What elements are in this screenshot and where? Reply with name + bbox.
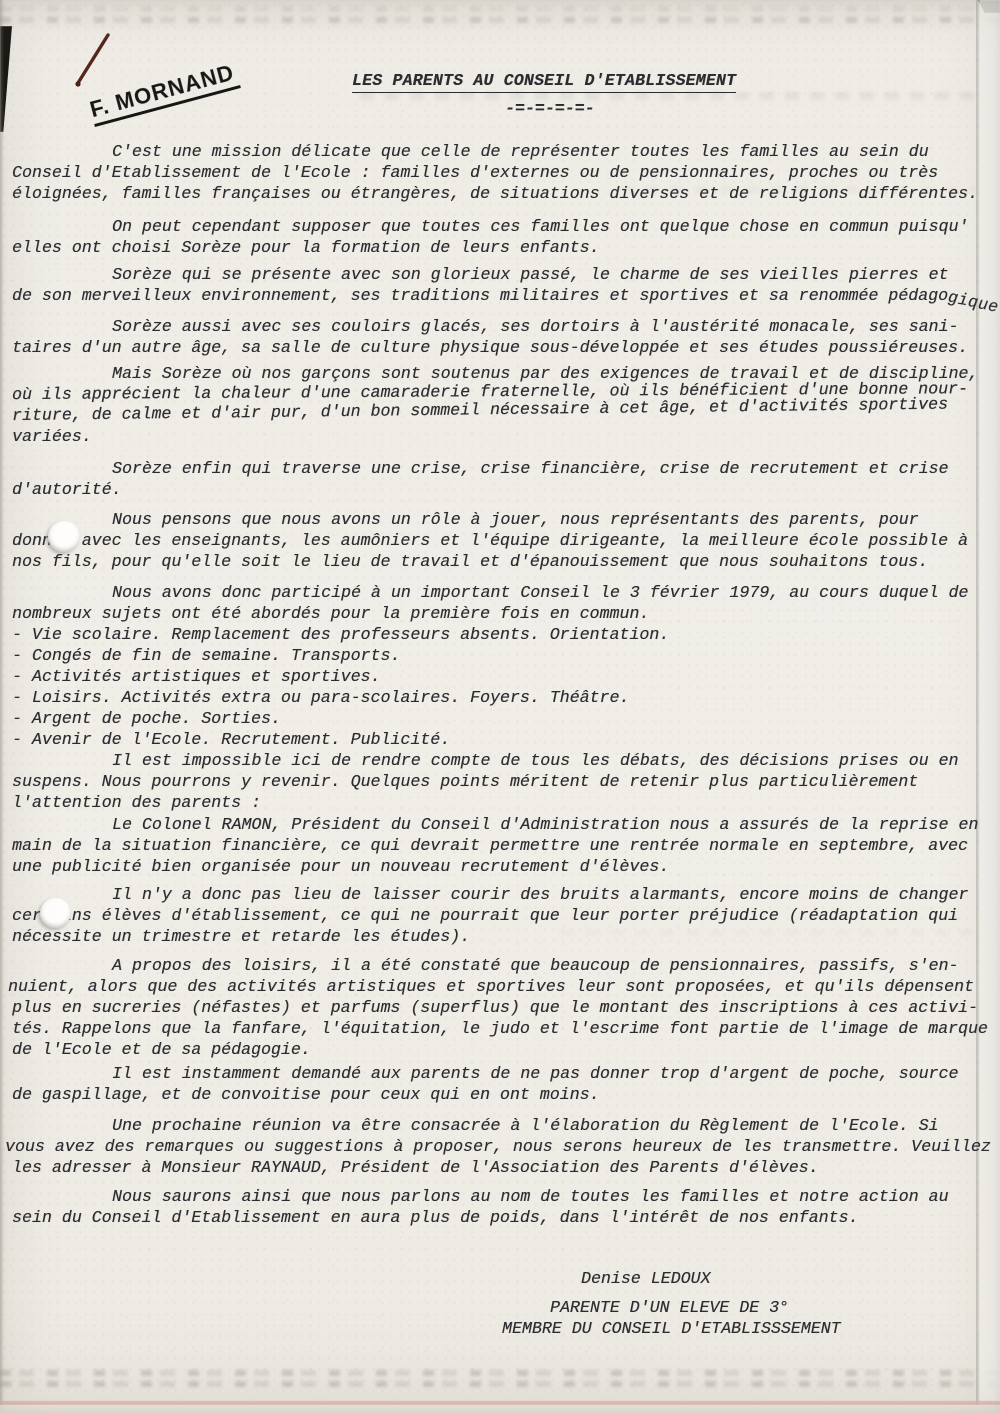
paragraph: Sorèze qui se présente avec son glorieux…: [12, 264, 1000, 306]
text-line: - Activités artistiques et sportives.: [12, 666, 1000, 687]
paragraph: Mais Sorèze où nos garçons sont soutenus…: [12, 363, 1000, 447]
text-line: de l'Ecole et de sa pédagogie.: [12, 1039, 1000, 1060]
text-line: C'est une mission délicate que celle de …: [12, 141, 1000, 162]
paragraphs: C'est une mission délicate que celle de …: [12, 141, 1000, 1228]
paragraph: Une prochaine réunion va être consacrée …: [12, 1115, 1000, 1178]
paragraph: Nous pensons que nous avons un rôle à jo…: [12, 509, 1000, 572]
text-line: de son merveilleux environnement, ses tr…: [12, 285, 1000, 306]
text-line: une publicité bien organisée pour un nou…: [12, 856, 1000, 877]
paragraph: Il est impossible ici de rendre compte d…: [12, 750, 1000, 813]
paragraph: Nous avons donc participé à un important…: [12, 582, 1000, 624]
scanned-letter-page: F. MORNAND LES PARENTS AU CONSEIL D'ETAB…: [0, 0, 1000, 1413]
paragraph: Il est instamment demandé aux parents de…: [12, 1063, 1000, 1105]
text-line: On peut cependant supposer que toutes ce…: [12, 216, 1000, 237]
text-line: l'attention des parents :: [12, 792, 1000, 813]
text-line: de gaspillage, et de convoitise pour ceu…: [12, 1084, 1000, 1105]
text-line: Sorèze aussi avec ses couloirs glacés, s…: [12, 316, 1000, 337]
text-line: Nous pensons que nous avons un rôle à jo…: [12, 509, 1000, 530]
signature-role-1: PARENTE D'UN ELEVE DE 3°: [12, 1297, 1000, 1318]
text-line: - Argent de poche. Sorties.: [12, 708, 1000, 729]
text-line: donner avec les enseignants, les aumônie…: [12, 530, 1000, 551]
topics-list: - Vie scolaire. Remplacement des profess…: [12, 624, 1000, 750]
scan-smudge-bottom: [0, 1370, 1000, 1392]
text-line: Il est impossible ici de rendre compte d…: [12, 750, 1000, 771]
hole-punch-bottom: [40, 898, 71, 928]
paragraph: On peut cependant supposer que toutes ce…: [12, 216, 1000, 258]
bottom-paper-edge: [0, 1405, 1000, 1413]
text-line: A propos des loisirs, il a été constaté …: [12, 955, 1000, 976]
signature-role-2: MEMBRE DU CONSEIL D'ETABLISSSEMENT: [12, 1318, 1000, 1339]
text-line: elles ont choisi Sorèze pour la formatio…: [12, 237, 1000, 258]
text-line: Nous avons donc participé à un important…: [12, 582, 1000, 603]
text-line: nuient, alors que des activités artistiq…: [8, 976, 1000, 997]
text-line: variées.: [12, 426, 1000, 447]
paragraph: A propos des loisirs, il a été constaté …: [12, 955, 1000, 1060]
text-line: Il est instamment demandé aux parents de…: [12, 1063, 1000, 1084]
text-line: nos fils, pour qu'elle soit le lieu de t…: [12, 551, 1000, 572]
signature-name: Denise LEDOUX: [12, 1268, 1000, 1289]
text-line: éloignées, familles françaises ou étrang…: [12, 183, 1000, 204]
text-line: d'autorité.: [12, 479, 1000, 500]
text-line: Le Colonel RAMON, Président du Conseil d…: [12, 814, 1000, 835]
text-line: Sorèze qui se présente avec son glorieux…: [12, 264, 1000, 285]
text-line: Nous saurons ainsi que nous parlons au n…: [12, 1186, 1000, 1207]
letter-body: C'est une mission délicate que celle de …: [12, 0, 1000, 1339]
text-line: nécessite un trimestre et retarde les ét…: [12, 926, 1000, 947]
text-line: Une prochaine réunion va être consacrée …: [12, 1115, 1000, 1136]
text-line: Il n'y a donc pas lieu de laisser courir…: [12, 884, 1000, 905]
paragraph: Le Colonel RAMON, Président du Conseil d…: [12, 814, 1000, 877]
text-line: plus en sucreries (néfastes) et parfums …: [12, 997, 1000, 1018]
text-line: Sorèze enfin qui traverse une crise, cri…: [12, 458, 1000, 479]
paragraph: Il n'y a donc pas lieu de laisser courir…: [12, 884, 1000, 947]
text-line: main de la situation financière, ce qui …: [12, 835, 1000, 856]
text-line: - Vie scolaire. Remplacement des profess…: [12, 624, 1000, 645]
text-line: suspens. Nous pourrons y revenir. Quelqu…: [12, 771, 1000, 792]
text-line: les adresser à Monsieur RAYNAUD, Préside…: [12, 1157, 1000, 1178]
text-line: certains élèves d'établissement, ce qui …: [12, 905, 1000, 926]
text-line: vous avez des remarques ou suggestions à…: [5, 1136, 1000, 1157]
text-line: tés. Rappelons que la fanfare, l'équitat…: [12, 1018, 1000, 1039]
paragraph: C'est une mission délicate que celle de …: [12, 141, 1000, 204]
text-line: taires d'un autre âge, sa salle de cultu…: [12, 337, 1000, 358]
text-line: sein du Conseil d'Etablissement en aura …: [12, 1207, 1000, 1228]
paragraph: Sorèze enfin qui traverse une crise, cri…: [12, 458, 1000, 500]
text-line: nombreux sujets ont été abordés pour la …: [12, 603, 1000, 624]
paragraph: Sorèze aussi avec ses couloirs glacés, s…: [12, 316, 1000, 358]
text-line: - Avenir de l'Ecole. Recrutement. Public…: [12, 729, 1000, 750]
text-line: Conseil d'Etablissement de l'Ecole : fam…: [12, 162, 1000, 183]
scan-edge-left: [0, 0, 4, 1413]
paragraph: Nous saurons ainsi que nous parlons au n…: [12, 1186, 1000, 1228]
text-line: - Loisirs. Activités extra ou para-scola…: [12, 687, 1000, 708]
text-line: - Congés de fin de semaine. Transports.: [12, 645, 1000, 666]
drooping-character: e: [986, 295, 999, 317]
hole-punch-top: [48, 521, 80, 552]
